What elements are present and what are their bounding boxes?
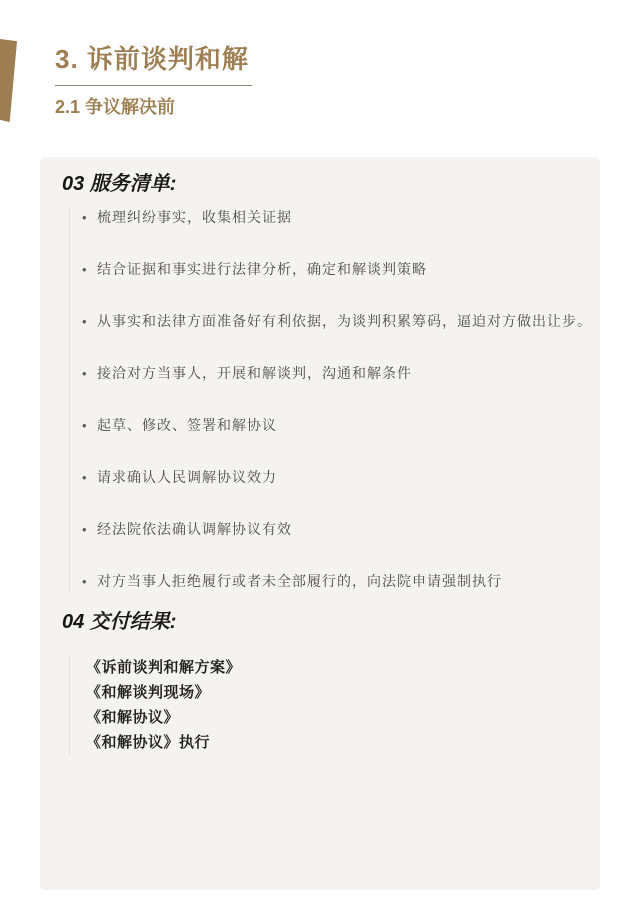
list-item: • 从事实和法律方面准备好有利依据，为谈判积累筹码，逼迫对方做出让步。 <box>97 311 582 332</box>
bullet-icon: • <box>82 259 88 280</box>
list-item: • 请求确认人民调解协议效力 <box>97 467 582 488</box>
page-title: 3. 诉前谈判和解 <box>55 42 249 76</box>
bullet-icon: • <box>82 571 88 592</box>
list-item: • 结合证据和事实进行法律分析，确定和解谈判策略 <box>97 259 582 280</box>
document-page: 3. 诉前谈判和解 2.1 争议解决前 03 服务清单: • 梳理纠纷事实，收集… <box>0 0 640 916</box>
list-item: • 经法院依法确认调解协议有效 <box>97 519 582 540</box>
page-subtitle: 2.1 争议解决前 <box>55 95 175 119</box>
list-item-text: 结合证据和事实进行法律分析，确定和解谈判策略 <box>97 261 427 277</box>
bullet-icon: • <box>82 467 88 488</box>
list-item-text: 对方当事人拒绝履行或者未全部履行的，向法院申请强制执行 <box>97 573 502 589</box>
list-item-text: 起草、修改、签署和解协议 <box>97 417 277 433</box>
list-item: 《和解协议》 <box>86 705 241 730</box>
list-item-text: 经法院依法确认调解协议有效 <box>97 521 292 537</box>
list-item: 《和解协议》执行 <box>86 730 241 755</box>
services-heading: 03 服务清单: <box>62 171 176 197</box>
list-item-text: 接洽对方当事人，开展和解谈判，沟通和解条件 <box>97 365 412 381</box>
title-divider <box>55 85 252 86</box>
bullet-icon: • <box>82 415 88 436</box>
list-item-text: 从事实和法律方面准备好有利依据，为谈判积累筹码，逼迫对方做出让步。 <box>97 313 592 329</box>
list-item: 《和解谈判现场》 <box>86 680 241 705</box>
services-list: • 梳理纠纷事实，收集相关证据 • 结合证据和事实进行法律分析，确定和解谈判策略… <box>69 207 582 592</box>
list-item: 《诉前谈判和解方案》 <box>86 655 241 680</box>
results-list: 《诉前谈判和解方案》 《和解谈判现场》 《和解协议》 《和解协议》执行 <box>69 655 241 755</box>
bullet-icon: • <box>82 519 88 540</box>
bullet-icon: • <box>82 311 88 332</box>
bullet-icon: • <box>82 207 88 228</box>
list-item-text: 请求确认人民调解协议效力 <box>97 469 277 485</box>
list-item: • 对方当事人拒绝履行或者未全部履行的，向法院申请强制执行 <box>97 571 582 592</box>
list-item: • 接洽对方当事人，开展和解谈判，沟通和解条件 <box>97 363 582 384</box>
list-item: • 起草、修改、签署和解协议 <box>97 415 582 436</box>
bullet-icon: • <box>82 363 88 384</box>
list-item: • 梳理纠纷事实，收集相关证据 <box>97 207 582 228</box>
content-panel: 03 服务清单: • 梳理纠纷事实，收集相关证据 • 结合证据和事实进行法律分析… <box>40 157 600 890</box>
list-item-text: 梳理纠纷事实，收集相关证据 <box>97 209 292 225</box>
accent-bar <box>0 39 17 122</box>
results-heading: 04 交付结果: <box>62 609 176 635</box>
